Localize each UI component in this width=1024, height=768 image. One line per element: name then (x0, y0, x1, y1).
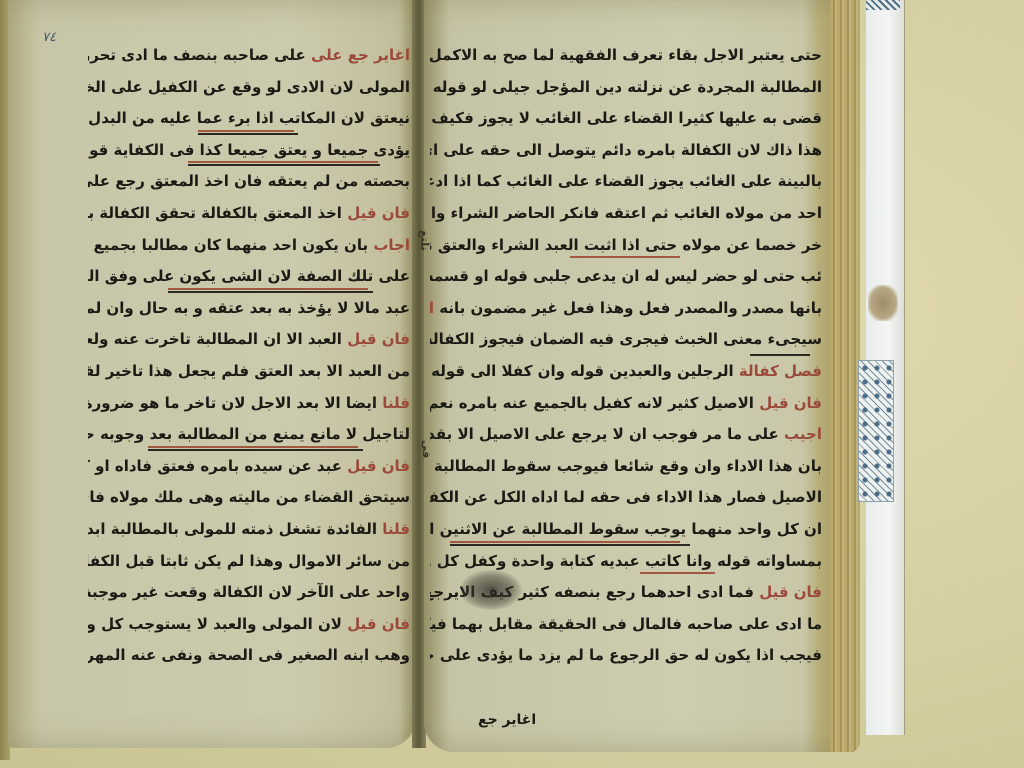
text-line: لتاجیل لا مانع یمنع من المطالبة بعد وجوب… (88, 419, 410, 451)
text-line: هذا ذاك لان الکفالة بامره دائم یتوصل الی… (430, 135, 822, 167)
text-line: بانها مصدر والمصدر فعل وهذا فعل غیر مضمو… (430, 293, 822, 325)
text-line: وهب ابنه الصغیر فی الصحة ونفی عنه المهر … (88, 640, 410, 672)
text-line: بان هذا الاداء وان وقع شائعا فیوجب سقوط … (430, 451, 822, 483)
text-line: حتی یعتبر الاجل بقاء تعرف الفقهیة لما صح… (430, 40, 822, 72)
text-line: قلنا الفائدة تشغل ذمته للمولی بالمطالبة … (88, 514, 410, 546)
text-line: فصل کفالة الرجلین والعبدین قوله وان کفلا… (430, 356, 822, 388)
text-line: واحد على الآخر لان الکفالة وقعت غیر موجب… (88, 577, 410, 609)
text-line: من العبد الا بعد العتق فلم یجعل هذا تاخی… (88, 356, 410, 388)
flyleaf-stain (868, 285, 898, 321)
text-line: بالبینة على الغائب یجوز القضاء على الغائ… (430, 166, 822, 198)
text-line: بحصته من لم یعتقه فان اخذ المعتق رجع على… (88, 166, 410, 198)
margin-note: نلتغ (418, 230, 431, 251)
folio-number: ٧٤ (42, 30, 56, 45)
text-line: ما ادی على صاحبه فالمال فی الحقیقة مقابل… (430, 609, 822, 641)
text-line: یؤدی جمیعا و یعتق جمیعا کذا فی الکفایة ق… (88, 135, 410, 167)
page-fore-edge (830, 0, 860, 752)
text-line: المطالبة المجردة عن نزلته دین المؤجل جیل… (430, 72, 822, 104)
text-line: اجاب بان یکون احد منهما کان مطالبا بجمیع… (88, 230, 410, 262)
flyleaf-pattern-bottom (858, 360, 894, 502)
text-line: علی تلك الصفة لان الشی یکون على وفق الثب… (88, 261, 410, 293)
text-line: الاصیل فصار هذا الاداء فی حقه لما اداه ا… (430, 482, 822, 514)
text-line: فان قیل عبد عن سیده بامره فعتق فاداه او … (88, 451, 410, 483)
text-line: قلنا ایضا الا بعد الاجل لان تاخر ما هو ض… (88, 388, 410, 420)
text-line: اجیب علی ما مر فوجب ان لا یرجع على الاصی… (430, 419, 822, 451)
text-line: سیجیء معنی الخبث فیجری فیه الضمان فیجوز … (430, 324, 822, 356)
patterned-flyleaf (866, 0, 905, 735)
text-line: سیتحق القضاء من مالیته وهی ملك مولاه فای… (88, 482, 410, 514)
left-page-text: اغاير جع على علی صاحبه بنصف ما ادى تحرز … (88, 40, 410, 672)
ink-blot-stain (460, 570, 522, 610)
text-line: خر خصما عن مولاه حتی اذا اثبت العبد الشر… (430, 230, 822, 262)
text-line: احد من مولاه الغائب ثم اعتقه فانکر الحاض… (430, 198, 822, 230)
catchword: اغاير جع (478, 712, 536, 728)
text-line: فیجب اذا یکون له حق الرجوع ما لم یزد ما … (430, 640, 822, 672)
margin-note: فی (420, 440, 433, 458)
text-line: فان قیل اخذ المعتق بالکفالة تحقق الکفالة… (88, 198, 410, 230)
text-line: ان کل واحد منهما یوجب سقوط المطالبة عن ا… (430, 514, 822, 546)
text-line: اغاير جع على علی صاحبه بنصف ما ادى تحرز … (88, 40, 410, 72)
text-line: ئب حتی لو حضر لیس له ان یدعی جلبی قوله ا… (430, 261, 822, 293)
text-line: من سائر الاموال وهذا لم یکن ثابتا قبل ال… (88, 546, 410, 578)
text-line: فان قیل العبد الا ان المطالبة تاخرت عنه … (88, 324, 410, 356)
text-line: فان قیل لان المولی والعبد لا یستوجب کل و… (88, 609, 410, 641)
text-line: قضی به علیها کثیرا القضاء على الغائب لا … (430, 103, 822, 135)
text-line: المولی لان الادی لو وقع عن الکفیل علی ال… (88, 72, 410, 104)
text-line: نیعتق لان المکاتب اذا برء عما علیه من ال… (88, 103, 410, 135)
text-line: فان قیل الاصیل کثیر لانه کفیل بالجمیع عن… (430, 388, 822, 420)
flyleaf-pattern-top (866, 0, 900, 10)
text-line: عبد مالا لا یؤخذ به بعد عتقه و به حال وا… (88, 293, 410, 325)
